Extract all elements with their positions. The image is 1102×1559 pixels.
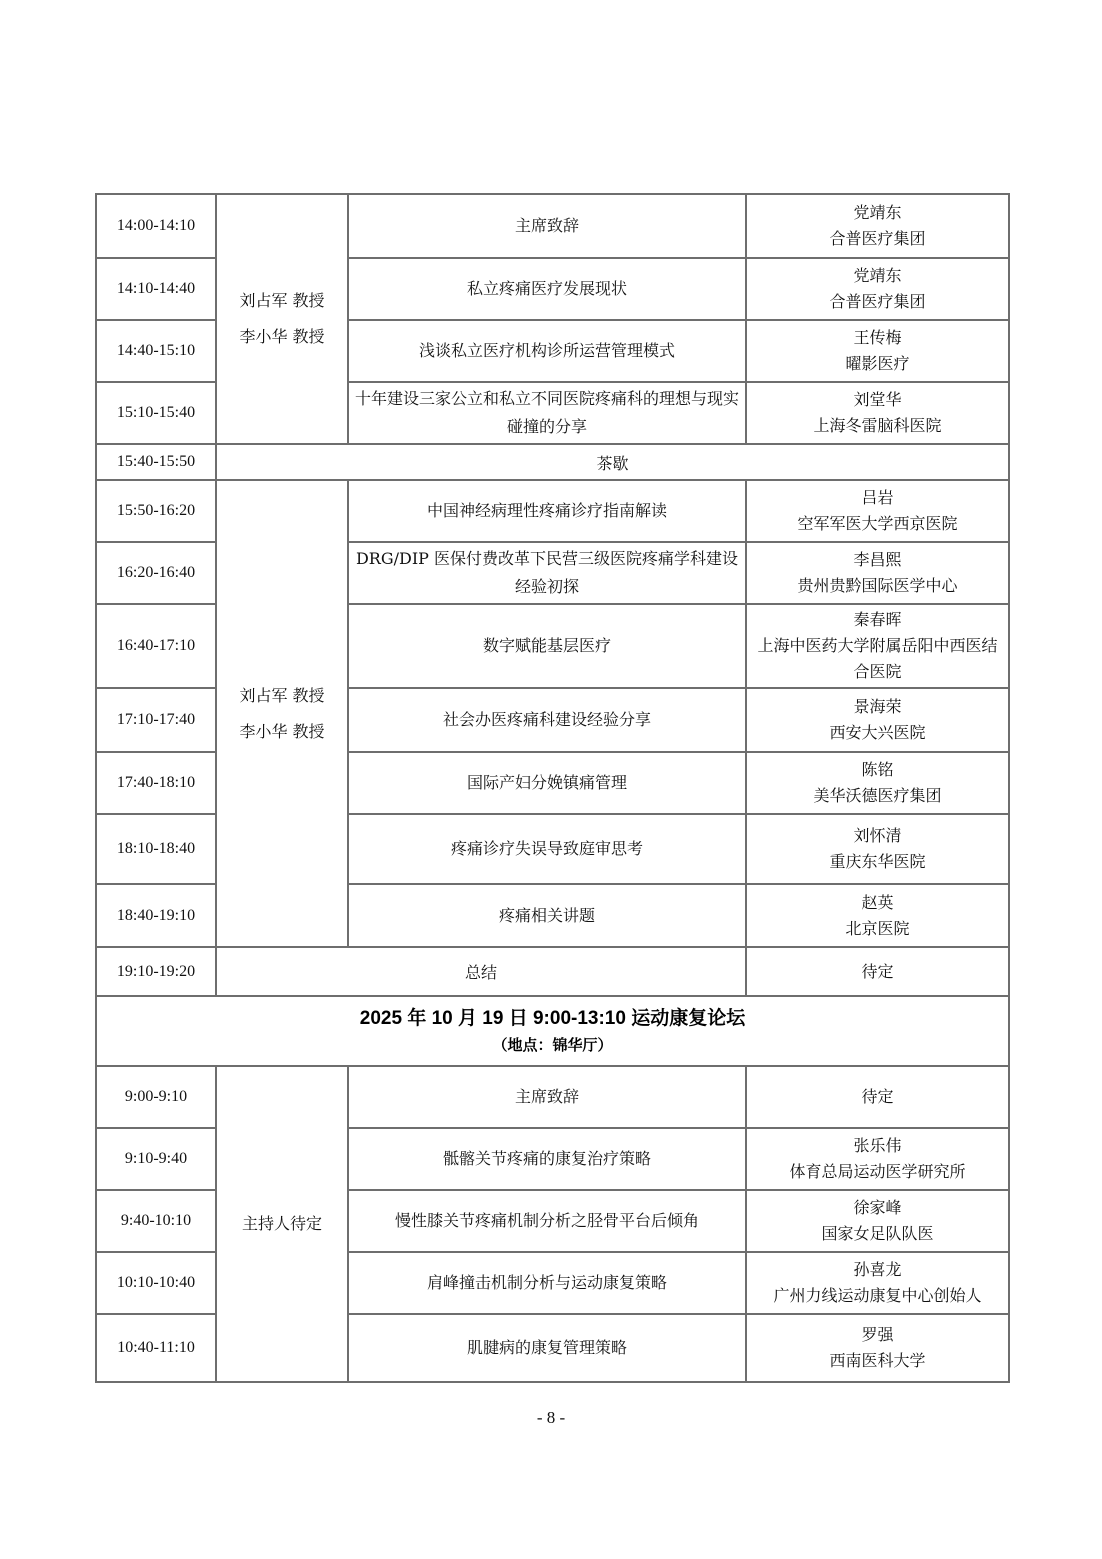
speaker-cell: 刘怀清 重庆东华医院 — [746, 814, 1009, 884]
table-row: 15:50-16:20 刘占军 教授 李小华 教授 中国神经病理性疼痛诊疗指南解… — [96, 480, 1009, 542]
talk-title-cell: 肌腱病的康复管理策略 — [348, 1314, 746, 1382]
speaker-name: 张乐伟 — [753, 1133, 1002, 1159]
talk-title-cell: 社会办医疼痛科建设经验分享 — [348, 688, 746, 752]
speaker-cell: 赵英 北京医院 — [746, 884, 1009, 947]
speaker-name: 吕岩 — [753, 485, 1002, 511]
speaker-org: 美华沃德医疗集团 — [753, 783, 1002, 809]
speaker-cell: 待定 — [746, 947, 1009, 996]
speaker-org: 西南医科大学 — [753, 1348, 1002, 1374]
time-cell: 15:40-15:50 — [96, 444, 216, 480]
speaker-cell: 孙喜龙 广州力线运动康复中心创始人 — [746, 1252, 1009, 1314]
speaker-name: 赵英 — [753, 890, 1002, 916]
speaker-org: 上海冬雷脑科医院 — [753, 413, 1002, 439]
speaker-cell: 吕岩 空军军医大学西京医院 — [746, 480, 1009, 542]
moderator-name: 李小华 教授 — [223, 319, 341, 355]
talk-title-cell: 疼痛诊疗失误导致庭审思考 — [348, 814, 746, 884]
time-cell: 18:10-18:40 — [96, 814, 216, 884]
moderator-cell: 刘占军 教授 李小华 教授 — [216, 194, 348, 444]
speaker-name: 党靖东 — [753, 200, 1002, 226]
time-cell: 14:00-14:10 — [96, 194, 216, 258]
talk-title-cell: 十年建设三家公立和私立不同医院疼痛科的理想与现实碰撞的分享 — [348, 382, 746, 444]
speaker-cell: 刘堂华 上海冬雷脑科医院 — [746, 382, 1009, 444]
talk-title-cell: 国际产妇分娩镇痛管理 — [348, 752, 746, 814]
moderator-name: 李小华 教授 — [223, 714, 341, 750]
speaker-cell: 罗强 西南医科大学 — [746, 1314, 1009, 1382]
time-cell: 16:20-16:40 — [96, 542, 216, 604]
talk-title-cell: 肩峰撞击机制分析与运动康复策略 — [348, 1252, 746, 1314]
speaker-name: 党靖东 — [753, 263, 1002, 289]
speaker-org: 西安大兴医院 — [753, 720, 1002, 746]
moderator-name: 刘占军 教授 — [223, 678, 341, 714]
speaker-name: 待定 — [753, 1084, 1002, 1110]
time-cell: 15:50-16:20 — [96, 480, 216, 542]
speaker-name: 刘怀清 — [753, 823, 1002, 849]
time-cell: 9:00-9:10 — [96, 1066, 216, 1128]
speaker-cell: 陈铭 美华沃德医疗集团 — [746, 752, 1009, 814]
time-cell: 10:10-10:40 — [96, 1252, 216, 1314]
speaker-org: 合普医疗集团 — [753, 226, 1002, 252]
speaker-cell: 景海荣 西安大兴医院 — [746, 688, 1009, 752]
talk-title-cell: 主席致辞 — [348, 1066, 746, 1128]
speaker-name: 徐家峰 — [753, 1195, 1002, 1221]
speaker-cell: 王传梅 曜影医疗 — [746, 320, 1009, 382]
talk-title-cell: 私立疼痛医疗发展现状 — [348, 258, 746, 320]
speaker-cell: 待定 — [746, 1066, 1009, 1128]
speaker-cell: 张乐伟 体育总局运动医学研究所 — [746, 1128, 1009, 1190]
conference-agenda-table: 14:00-14:10 刘占军 教授 李小华 教授 主席致辞 党靖东 合普医疗集… — [95, 193, 1010, 1383]
table-row: 14:00-14:10 刘占军 教授 李小华 教授 主席致辞 党靖东 合普医疗集… — [96, 194, 1009, 258]
speaker-org: 北京医院 — [753, 916, 1002, 942]
tea-break-cell: 茶歇 — [216, 444, 1009, 480]
summary-title-cell: 总结 — [216, 947, 746, 996]
speaker-name: 秦春晖 — [753, 607, 1002, 633]
time-cell: 14:10-14:40 — [96, 258, 216, 320]
session-title: 2025 年 10 月 19 日 9:00-13:10 运动康复论坛 — [103, 1004, 1002, 1034]
time-cell: 9:40-10:10 — [96, 1190, 216, 1252]
moderator-name: 刘占军 教授 — [223, 283, 341, 319]
speaker-org: 体育总局运动医学研究所 — [753, 1159, 1002, 1185]
speaker-name: 罗强 — [753, 1322, 1002, 1348]
session-venue: （地点：锦华厅） — [103, 1034, 1002, 1058]
speaker-name: 陈铭 — [753, 757, 1002, 783]
speaker-org: 广州力线运动康复中心创始人 — [753, 1283, 1002, 1309]
speaker-cell: 党靖东 合普医疗集团 — [746, 258, 1009, 320]
table-row: 9:00-9:10 主持人待定 主席致辞 待定 — [96, 1066, 1009, 1128]
moderator-name: 主持人待定 — [223, 1206, 341, 1242]
speaker-org: 空军军医大学西京医院 — [753, 511, 1002, 537]
speaker-org: 曜影医疗 — [753, 351, 1002, 377]
speaker-org: 上海中医药大学附属岳阳中西医结合医院 — [753, 633, 1002, 685]
talk-title-cell: 浅谈私立医疗机构诊所运营管理模式 — [348, 320, 746, 382]
speaker-org: 合普医疗集团 — [753, 289, 1002, 315]
document-page: 14:00-14:10 刘占军 教授 李小华 教授 主席致辞 党靖东 合普医疗集… — [0, 0, 1102, 1559]
speaker-cell: 党靖东 合普医疗集团 — [746, 194, 1009, 258]
table-row: 2025 年 10 月 19 日 9:00-13:10 运动康复论坛 （地点：锦… — [96, 996, 1009, 1066]
time-cell: 9:10-9:40 — [96, 1128, 216, 1190]
speaker-org: 贵州贵黔国际医学中心 — [753, 573, 1002, 599]
talk-title-cell: 中国神经病理性疼痛诊疗指南解读 — [348, 480, 746, 542]
moderator-cell: 主持人待定 — [216, 1066, 348, 1382]
table-row: 19:10-19:20 总结 待定 — [96, 947, 1009, 996]
time-cell: 17:40-18:10 — [96, 752, 216, 814]
talk-title-cell: 骶髂关节疼痛的康复治疗策略 — [348, 1128, 746, 1190]
table-row: 15:40-15:50 茶歇 — [96, 444, 1009, 480]
time-cell: 15:10-15:40 — [96, 382, 216, 444]
moderator-cell: 刘占军 教授 李小华 教授 — [216, 480, 348, 947]
speaker-org: 重庆东华医院 — [753, 849, 1002, 875]
speaker-name: 景海荣 — [753, 694, 1002, 720]
time-cell: 10:40-11:10 — [96, 1314, 216, 1382]
time-cell: 14:40-15:10 — [96, 320, 216, 382]
speaker-name: 李昌熙 — [753, 547, 1002, 573]
speaker-name: 王传梅 — [753, 325, 1002, 351]
time-cell: 16:40-17:10 — [96, 604, 216, 688]
talk-title-cell: 主席致辞 — [348, 194, 746, 258]
speaker-cell: 秦春晖 上海中医药大学附属岳阳中西医结合医院 — [746, 604, 1009, 688]
speaker-name: 刘堂华 — [753, 387, 1002, 413]
talk-title-cell: 疼痛相关讲题 — [348, 884, 746, 947]
speaker-cell: 李昌熙 贵州贵黔国际医学中心 — [746, 542, 1009, 604]
page-number: - 8 - — [0, 1408, 1102, 1428]
time-cell: 19:10-19:20 — [96, 947, 216, 996]
speaker-name: 孙喜龙 — [753, 1257, 1002, 1283]
time-cell: 18:40-19:10 — [96, 884, 216, 947]
speaker-cell: 徐家峰 国家女足队队医 — [746, 1190, 1009, 1252]
time-cell: 17:10-17:40 — [96, 688, 216, 752]
talk-title-cell: 数字赋能基层医疗 — [348, 604, 746, 688]
session-header-cell: 2025 年 10 月 19 日 9:00-13:10 运动康复论坛 （地点：锦… — [96, 996, 1009, 1066]
talk-title-cell: DRG/DIP 医保付费改革下民营三级医院疼痛学科建设经验初探 — [348, 542, 746, 604]
speaker-org: 国家女足队队医 — [753, 1221, 1002, 1247]
talk-title-cell: 慢性膝关节疼痛机制分析之胫骨平台后倾角 — [348, 1190, 746, 1252]
